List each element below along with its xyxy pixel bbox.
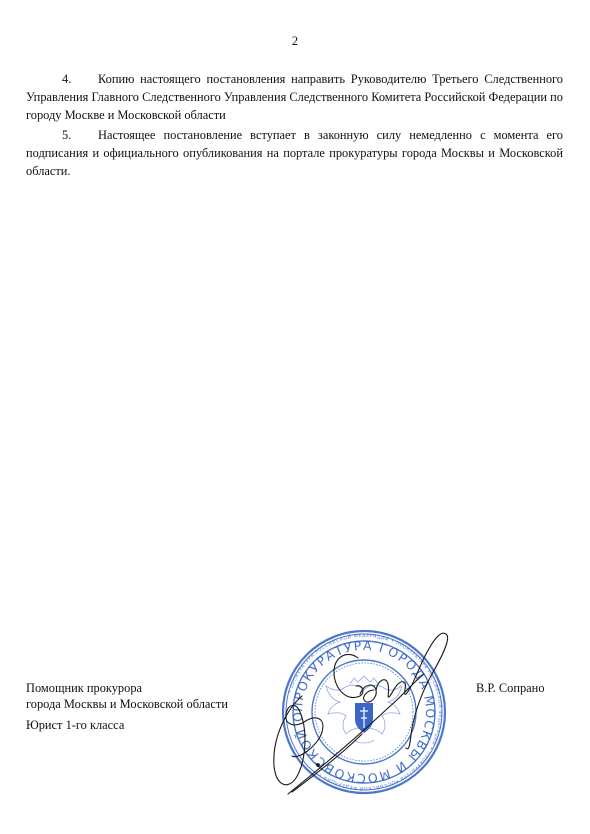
paragraph-number: 4.	[62, 70, 98, 88]
signatory-position: Помощник прокурора города Москвы и Моско…	[26, 680, 228, 733]
official-stamp-icon: • ПРОКУРАТУРА РОССИЙСКОЙ ФЕДЕРАЦИИ • ПРО…	[280, 628, 448, 796]
paragraph-5: 5.Настоящее постановление вступает в зак…	[26, 126, 563, 180]
paragraph-text: Копию настоящего постановления направить…	[26, 72, 563, 122]
signatory-rank: Юрист 1-го класса	[26, 717, 228, 733]
paragraph-number: 5.	[62, 126, 98, 144]
document-body: 4.Копию настоящего постановления направи…	[26, 70, 563, 180]
signatory-name: В.Р. Сопрано	[476, 680, 545, 696]
paragraph-text: Настоящее постановление вступает в закон…	[26, 128, 563, 178]
position-line-1: Помощник прокурора	[26, 680, 228, 696]
paragraph-4: 4.Копию настоящего постановления направи…	[26, 70, 563, 124]
position-line-2: города Москвы и Московской области	[26, 696, 228, 712]
page-number: 2	[0, 34, 590, 48]
